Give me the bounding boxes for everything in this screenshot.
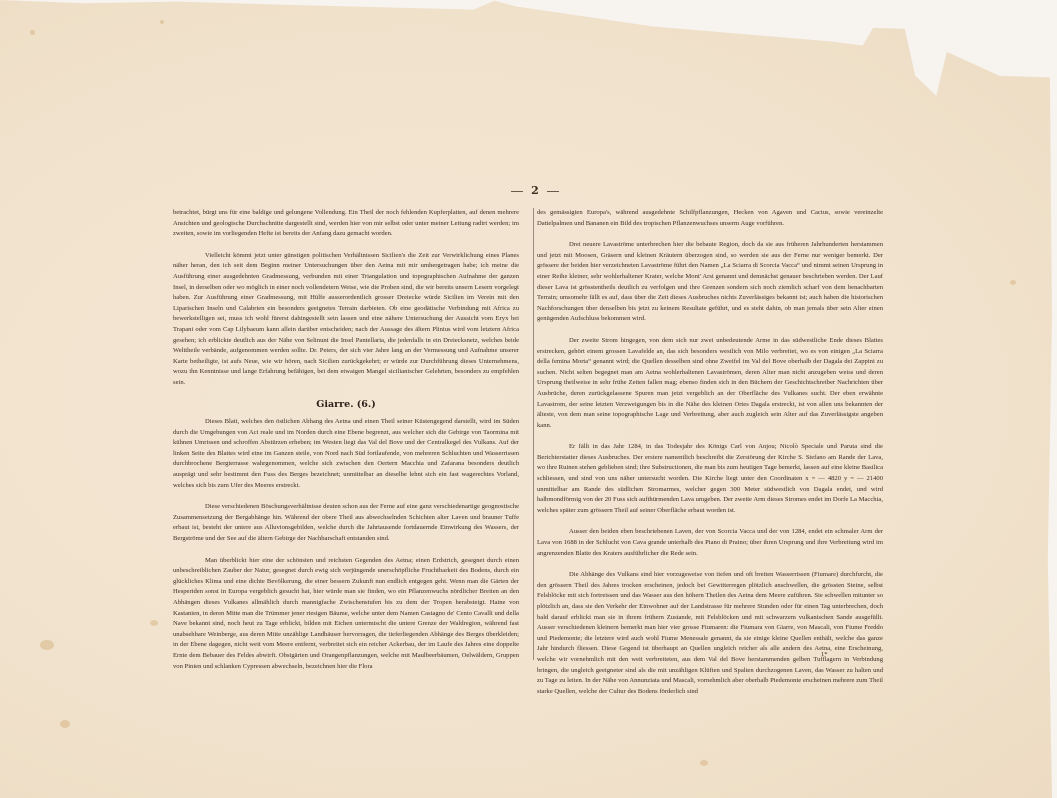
foxing-stain <box>920 40 926 45</box>
dash-left <box>511 191 523 192</box>
foxing-stain <box>150 620 158 626</box>
paragraph: Drei neuere Lavaströme unterbrechen hier… <box>537 240 883 325</box>
foxing-stain <box>30 30 35 35</box>
foxing-stain <box>1010 280 1016 285</box>
paragraph: betrachtet, bürgt uns für eine baldige u… <box>173 208 519 240</box>
paragraph: des gemässigten Europa's, während ausged… <box>537 208 883 229</box>
foxing-stain <box>60 720 70 728</box>
page-number-value: 2 <box>531 184 539 197</box>
section-title: Giarre. (6.) <box>173 400 519 411</box>
paragraph: Der zweite Strom hingegen, von dem sich … <box>537 336 883 431</box>
paragraph: Ausser den beiden eben beschriebenen Lav… <box>537 527 883 559</box>
dash-right <box>547 191 559 192</box>
page-number: 2 <box>500 184 570 197</box>
foxing-stain <box>160 20 164 24</box>
foxing-stain <box>40 640 54 650</box>
paragraph: Vielleicht kömmt jetzt unter günstigen p… <box>173 251 519 389</box>
paragraph: Diese verschiedenen Böschungsverhältniss… <box>173 502 519 544</box>
signature-mark: 1* <box>821 651 828 658</box>
paragraph: Dieses Blatt, welches den östlichen Abha… <box>173 417 519 491</box>
paragraph: Die Abhänge des Vulkans sind hier vorzug… <box>537 570 883 697</box>
paragraph: Man überblickt hier eine der schönsten u… <box>173 556 519 673</box>
left-column: betrachtet, bürgt uns für eine baldige u… <box>173 208 519 683</box>
column-divider <box>533 208 534 660</box>
paragraph: Er fällt in das Jahr 1284, in das Todesj… <box>537 442 883 516</box>
right-column: des gemässigten Europa's, während ausged… <box>537 208 883 708</box>
paper-sheet <box>0 0 1052 798</box>
foxing-stain <box>700 760 708 766</box>
